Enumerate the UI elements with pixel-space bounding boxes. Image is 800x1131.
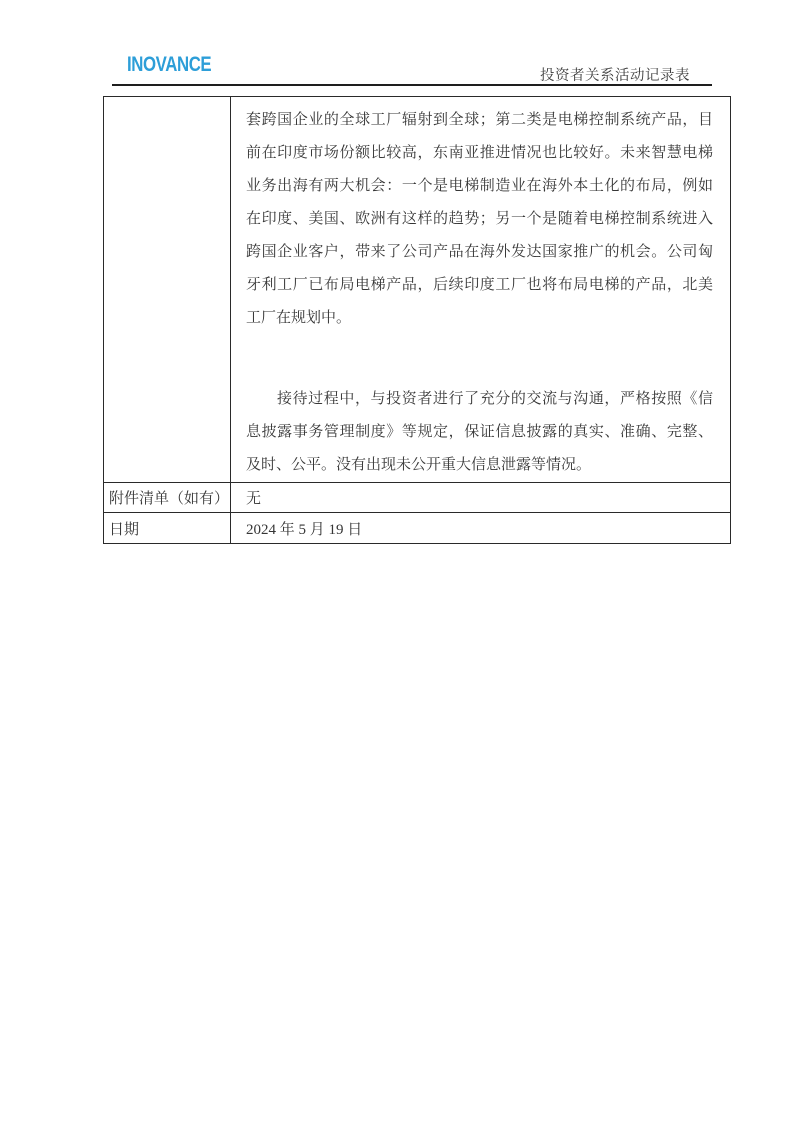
text-line: 接待过程中，与投资者进行了充分的交流与沟通，严格按照《信: [246, 383, 713, 416]
text-line: 牙利工厂已布局电梯产品，后续印度工厂也将布局电梯的产品，北美: [246, 269, 713, 302]
text-line: 息披露事务管理制度》等规定，保证信息披露的真实、准确、完整、: [246, 416, 713, 449]
page-title: 投资者关系活动记录表: [540, 64, 690, 85]
paragraph-spacer: [246, 335, 713, 383]
text-line: 工厂在规划中。: [246, 302, 713, 335]
text-line: 前在印度市场份额比较高，东南亚推进情况也比较好。未来智慧电梯: [246, 137, 713, 170]
text-line: 套跨国企业的全球工厂辐射到全球；第二类是电梯控制系统产品，目: [246, 104, 713, 137]
attachment-value: 无: [231, 483, 731, 513]
text-line: 跨国企业客户，带来了公司产品在海外发达国家推广的机会。公司匈: [246, 236, 713, 269]
date-row: 日期 2024 年 5 月 19 日: [104, 513, 731, 544]
attachment-row: 附件清单（如有） 无: [104, 483, 731, 513]
inovance-logo: INOVANCE: [127, 53, 211, 77]
main-content-cell: 套跨国企业的全球工厂辐射到全球；第二类是电梯控制系统产品，目 前在印度市场份额比…: [231, 97, 731, 483]
text-line: 业务出海有两大机会：一个是电梯制造业在海外本土化的布局，例如: [246, 170, 713, 203]
text-line: 在印度、美国、欧洲有这样的趋势；另一个是随着电梯控制系统进入: [246, 203, 713, 236]
document-page: INOVANCE 投资者关系活动记录表 套跨国企业的全球工厂辐射到全球；第二类是…: [0, 0, 800, 1131]
main-row-label-cell: [104, 97, 231, 483]
attachment-label: 附件清单（如有）: [104, 483, 231, 513]
record-table: 套跨国企业的全球工厂辐射到全球；第二类是电梯控制系统产品，目 前在印度市场份额比…: [103, 96, 731, 544]
text-line: 及时、公平。没有出现未公开重大信息泄露等情况。: [246, 449, 713, 482]
date-label: 日期: [104, 513, 231, 544]
main-content-row: 套跨国企业的全球工厂辐射到全球；第二类是电梯控制系统产品，目 前在印度市场份额比…: [104, 97, 731, 483]
header-rule: [112, 84, 712, 86]
date-value: 2024 年 5 月 19 日: [231, 513, 731, 544]
